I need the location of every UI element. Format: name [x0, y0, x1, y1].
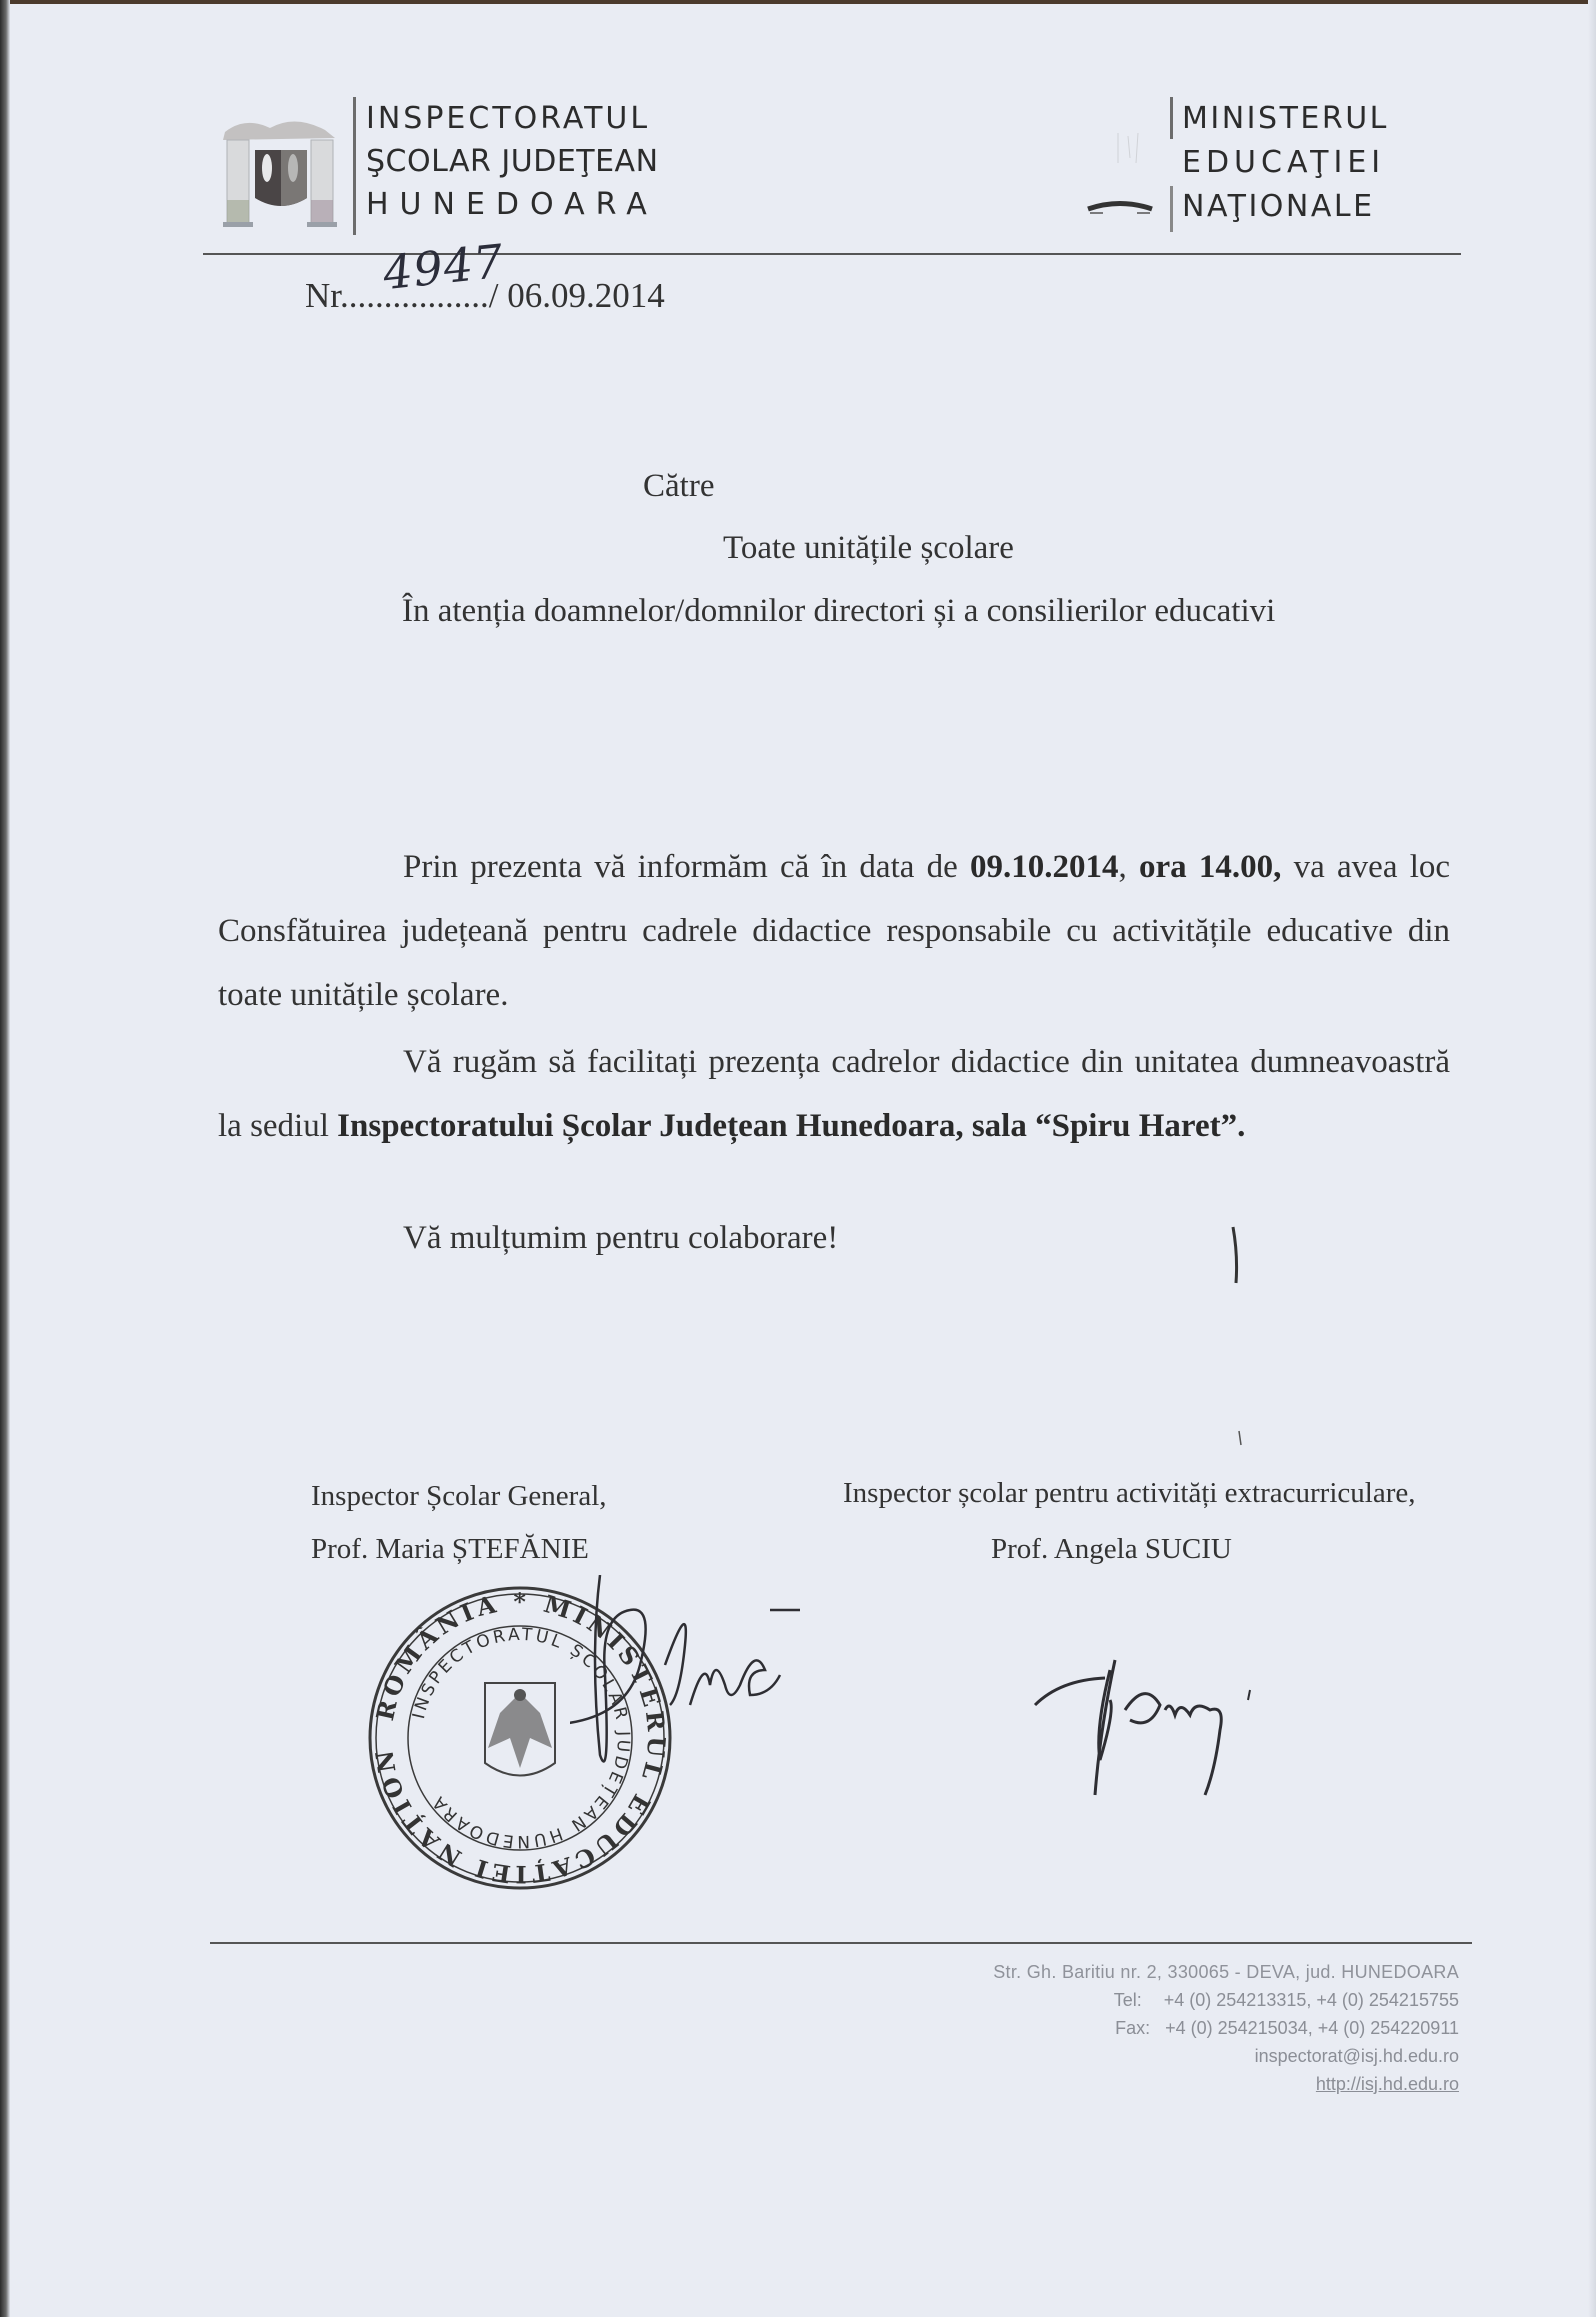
body-paragraph-1: Prin prezenta vă informăm că în data de … [218, 835, 1450, 1027]
header-right-line: NAŢIONALE [1182, 185, 1389, 229]
header-institution-left: INSPECTORATUL ŞCOLAR JUDEŢEAN HUNEDOARA [366, 97, 659, 226]
header-left-line: HUNEDOARA [366, 183, 659, 226]
event-time: ora 14.00, [1139, 849, 1281, 885]
footer-fax: Fax:+4 (0) 254215034, +4 (0) 254220911 [993, 2014, 1459, 2042]
footer-tel: Tel:+4 (0) 254213315, +4 (0) 254215755 [993, 1986, 1459, 2014]
addressee-attention: În atenția doamnelor/domnilor directori … [402, 593, 1275, 630]
signatory-right-role: Inspector școlar pentru activități extra… [843, 1477, 1415, 1510]
header-left-line: ŞCOLAR JUDEŢEAN [366, 140, 659, 183]
footer-email: inspectorat@isj.hd.edu.ro [993, 2042, 1459, 2070]
signature-right-icon [1025, 1650, 1255, 1800]
header-divider [353, 97, 356, 235]
signatory-left-role: Inspector Școlar General, [311, 1480, 607, 1513]
body-closing: Vă mulțumim pentru colaborare! [403, 1220, 838, 1257]
pen-mark-icon [1237, 1430, 1243, 1446]
footer-address: Str. Gh. Baritiu nr. 2, 330065 - DEVA, j… [993, 1958, 1459, 1986]
header-institution-right: MINISTERUL EDUCAŢIEI NAŢIONALE [1182, 97, 1389, 229]
scan-edge-right [1588, 0, 1596, 2317]
scan-edge-left [0, 0, 10, 2317]
event-date: 09.10.2014 [970, 849, 1119, 885]
header-left-line: INSPECTORATUL [366, 97, 659, 140]
event-location: Inspectoratului Școlar Județean Hunedoar… [337, 1108, 1245, 1144]
institution-logo-icon [215, 110, 345, 235]
signatory-left-name: Prof. Maria ȘTEFĂNIE [311, 1533, 589, 1566]
ministry-watermark-icon [1108, 128, 1148, 168]
footer-website-link[interactable]: http://isj.hd.edu.ro [993, 2070, 1459, 2098]
pen-mark-icon [1230, 1225, 1240, 1285]
footer-rule [210, 1942, 1472, 1944]
header-right-line: MINISTERUL [1182, 97, 1389, 141]
header-right-line: EDUCAŢIEI [1182, 141, 1389, 185]
header-divider [1170, 97, 1173, 139]
reference-date: 06.09.2014 [507, 276, 665, 315]
addressee-recipients: Toate unitățile școlare [723, 530, 1014, 567]
signature-left-icon [570, 1575, 840, 1785]
ministry-emblem-icon [1085, 196, 1155, 216]
footer-contact: Str. Gh. Baritiu nr. 2, 330065 - DEVA, j… [993, 1958, 1459, 2098]
body-paragraph-2: Vă rugăm să facilitați prezența cadrelor… [218, 1030, 1450, 1158]
signatory-right-name: Prof. Angela SUCIU [991, 1533, 1232, 1566]
scan-edge-top [0, 0, 1596, 4]
addressee-to: Către [643, 468, 714, 505]
header-divider [1170, 186, 1173, 232]
